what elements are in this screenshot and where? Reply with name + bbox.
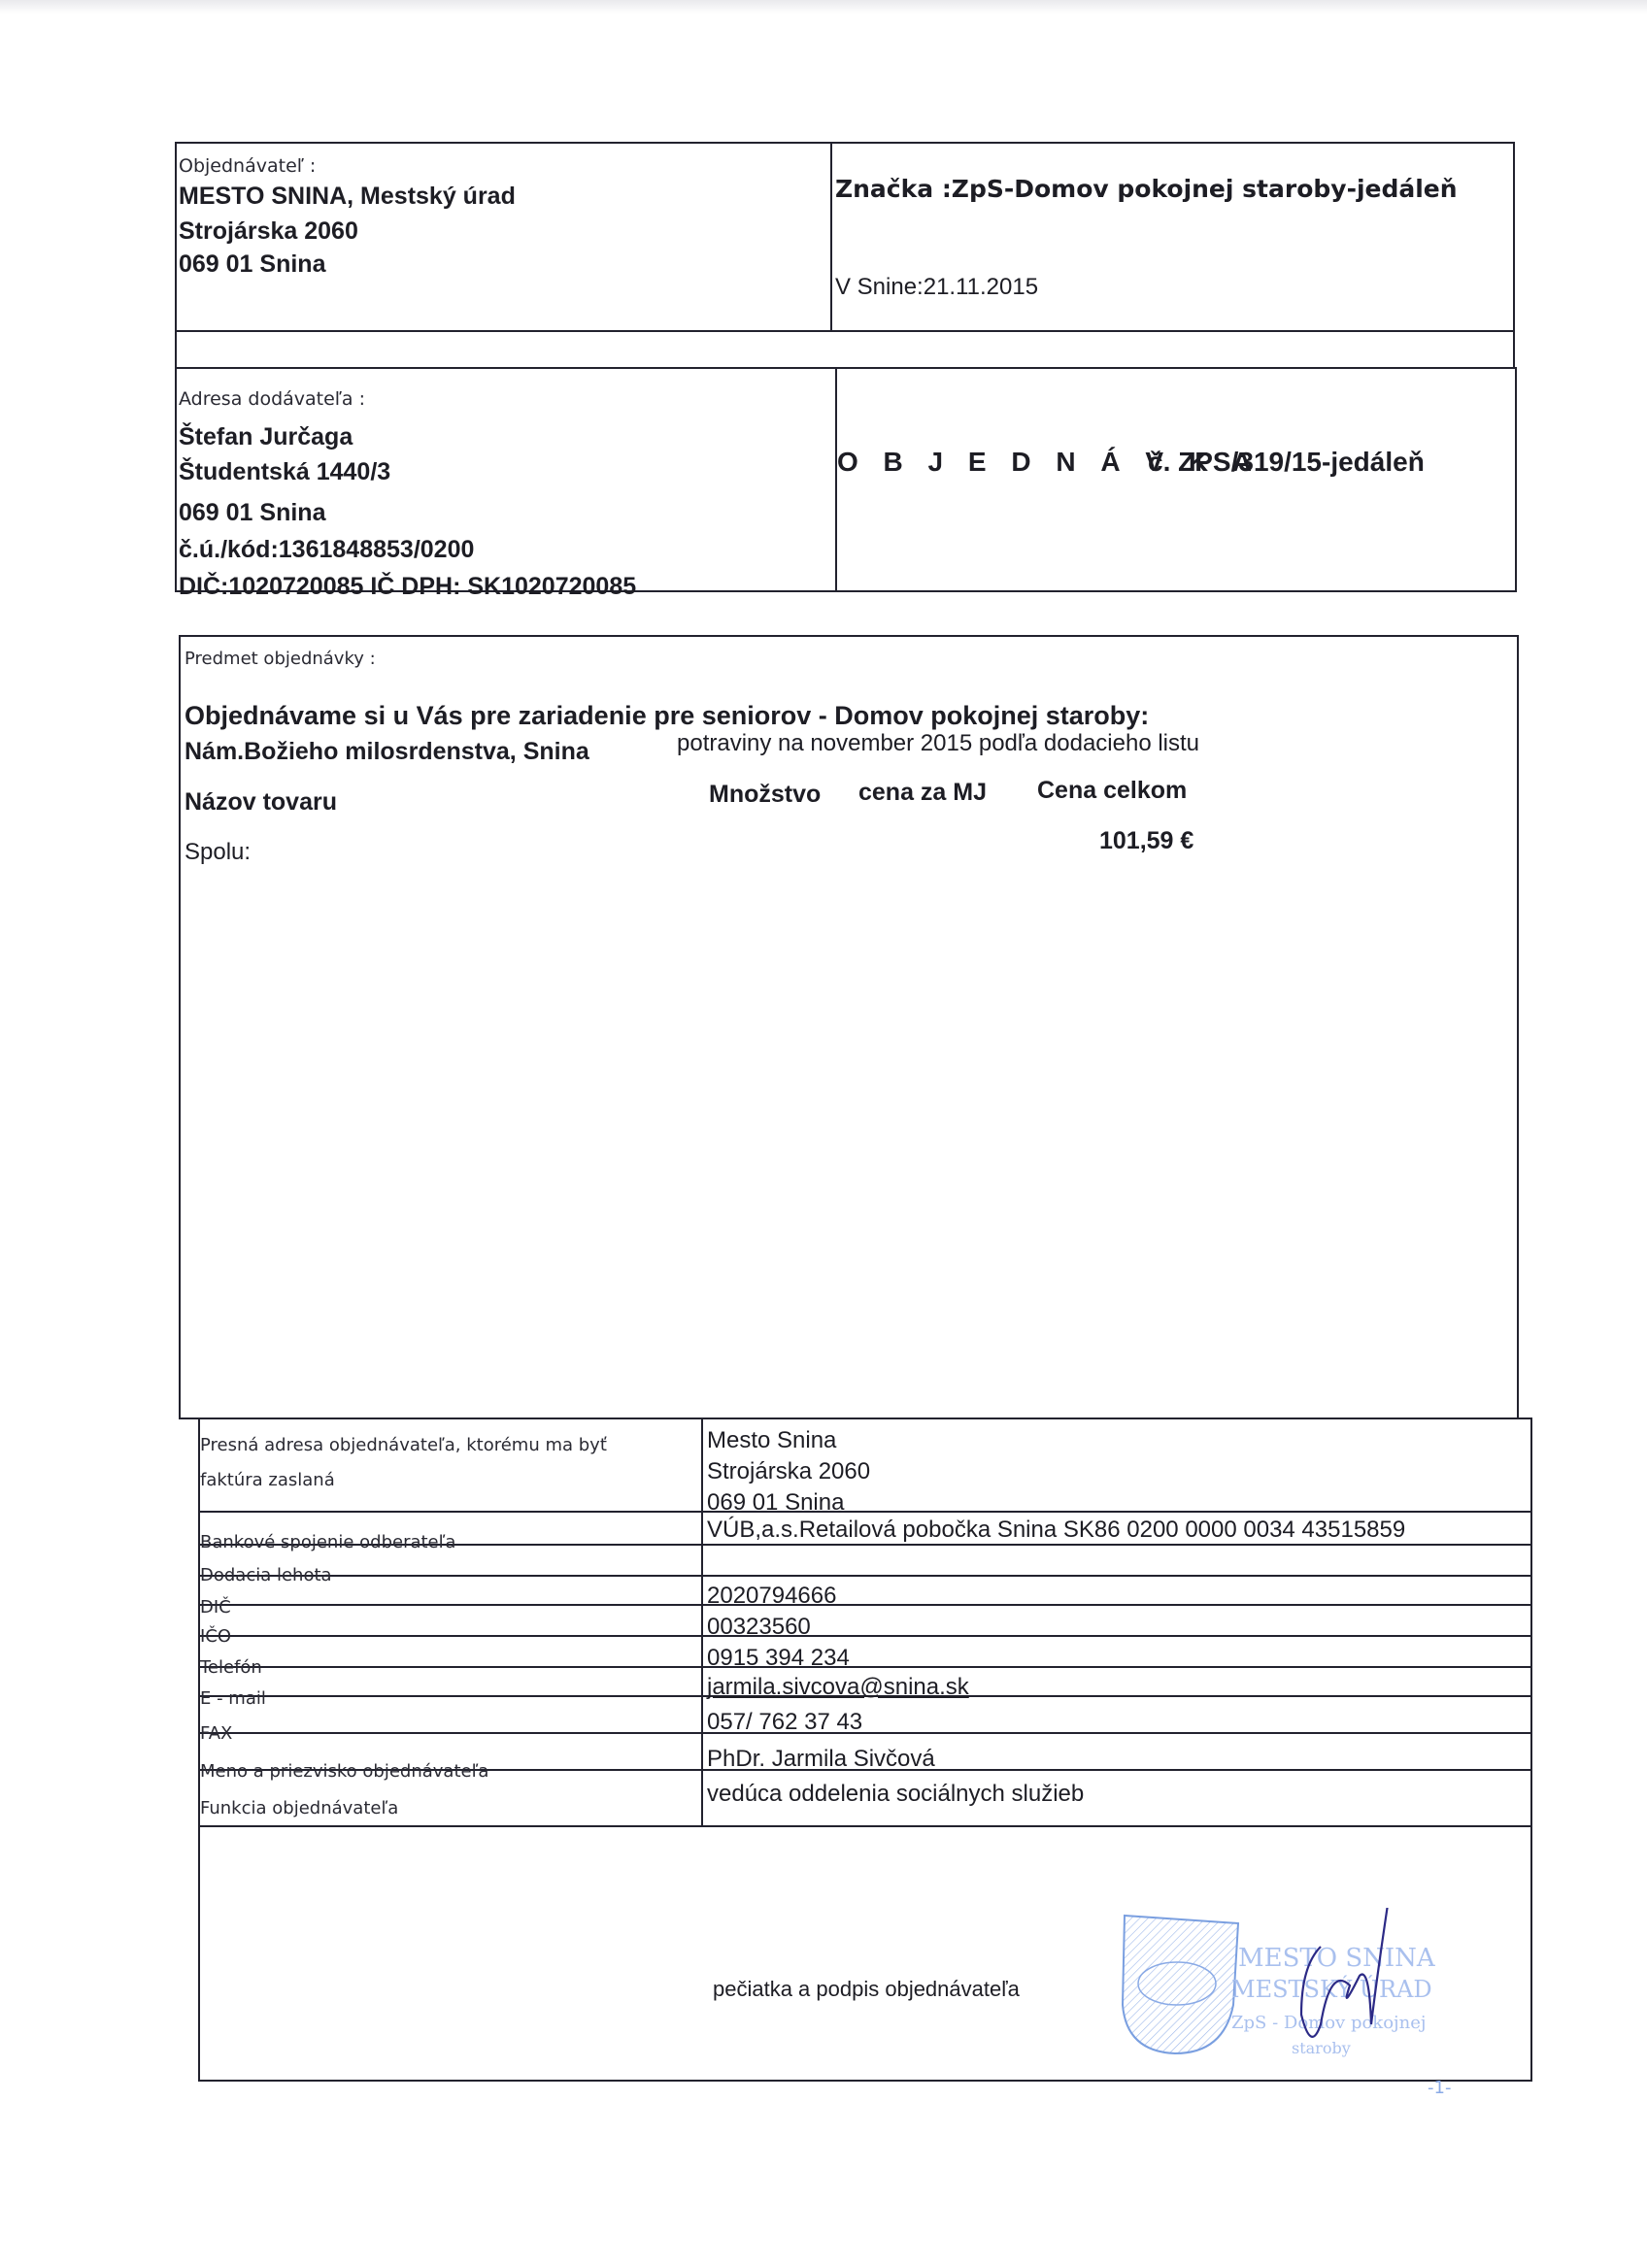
supplier-name: Štefan Jurčaga bbox=[179, 423, 353, 451]
subject-label: Predmet objednávky : bbox=[185, 649, 376, 669]
svg-text:MESTO SNINA: MESTO SNINA bbox=[1238, 1944, 1436, 1973]
supplier-street: Študentská 1440/3 bbox=[179, 458, 390, 486]
page-mark: -1- bbox=[1428, 2078, 1451, 2098]
details-divider bbox=[701, 1417, 703, 1825]
subject-intro: Objednávame si u Vás pre zariadenie pre … bbox=[185, 701, 1149, 731]
row-line bbox=[198, 1732, 1532, 1734]
row-line bbox=[198, 1511, 1532, 1513]
column-total: Cena celkom bbox=[1037, 777, 1187, 805]
sum-label: Spolu: bbox=[185, 839, 251, 866]
stamp: MESTO SNINA MESTSKÝ ÚRAD ZpS - Domov pok… bbox=[1117, 1908, 1486, 2073]
orderer-name: MESTO SNINA, Mestský úrad bbox=[179, 183, 516, 211]
detail-value-invoice-city: 069 01 Snina bbox=[707, 1489, 844, 1517]
column-unit-price: cena za MJ bbox=[858, 779, 987, 807]
detail-value-invoice-street: Strojárska 2060 bbox=[707, 1458, 870, 1485]
detail-label-invoice-address: Presná adresa objednávateľa, ktorému ma … bbox=[200, 1435, 607, 1455]
row-line bbox=[198, 1666, 1532, 1668]
column-item: Názov tovaru bbox=[185, 788, 337, 817]
detail-label-bank: Bankové spojenie odberateľa bbox=[200, 1532, 455, 1552]
row-line bbox=[198, 1635, 1532, 1637]
svg-text:ZpS - Domov pokojnej: ZpS - Domov pokojnej bbox=[1231, 2013, 1426, 2033]
subject-description: potraviny na november 2015 podľa dodacie… bbox=[677, 730, 1199, 757]
supplier-divider bbox=[835, 367, 837, 592]
detail-label-phone: Telefón bbox=[200, 1657, 262, 1678]
detail-label-fax: FAX bbox=[200, 1723, 232, 1744]
detail-label-delivery: Dodacia lehota bbox=[200, 1565, 332, 1585]
header-divider bbox=[830, 142, 832, 332]
orderer-label: Objednávateľ : bbox=[179, 155, 316, 177]
subject-address: Nám.Božieho milosrdenstva, Snina bbox=[185, 738, 589, 766]
signature-label: pečiatka a podpis objednávateľa bbox=[713, 1977, 1020, 2002]
reference-mark: Značka :ZpS-Domov pokojnej staroby-jedál… bbox=[835, 175, 1458, 203]
row-line bbox=[198, 1825, 1532, 1827]
detail-label-function: Funkcia objednávateľa bbox=[200, 1798, 398, 1818]
orderer-street: Strojárska 2060 bbox=[179, 217, 358, 246]
detail-label-email: E - mail bbox=[200, 1688, 266, 1709]
detail-value-email[interactable]: jarmila.sivcova@snina.sk bbox=[707, 1674, 969, 1701]
column-quantity: Množstvo bbox=[709, 781, 821, 809]
detail-label-name: Meno a priezvisko objednávateľa bbox=[200, 1761, 488, 1782]
detail-label-ico: IČO bbox=[200, 1626, 231, 1647]
sum-value: 101,59 € bbox=[1099, 827, 1193, 855]
detail-value-function: vedúca oddelenia sociálnych služieb bbox=[707, 1781, 1084, 1808]
detail-label-dic: DIČ bbox=[200, 1597, 231, 1618]
spacer-row bbox=[175, 330, 1515, 369]
row-line bbox=[198, 1575, 1532, 1577]
scan-edge bbox=[0, 0, 1647, 14]
supplier-label: Adresa dodávateľa : bbox=[179, 388, 365, 410]
supplier-tax-ids: DIČ:1020720085 IČ DPH: SK1020720085 bbox=[179, 573, 636, 601]
detail-value-fax: 057/ 762 37 43 bbox=[707, 1709, 862, 1736]
coat-of-arms-icon: MESTO SNINA MESTSKÝ ÚRAD ZpS - Domov pok… bbox=[1117, 1908, 1486, 2073]
svg-text:staroby: staroby bbox=[1292, 2039, 1351, 2057]
orderer-box bbox=[175, 142, 1515, 332]
detail-value-phone: 0915 394 234 bbox=[707, 1645, 850, 1672]
order-number: č. ZPS/319/15-jedáleň bbox=[1148, 447, 1425, 478]
detail-value-bank: VÚB,a.s.Retailová pobočka Snina SK86 020… bbox=[707, 1517, 1405, 1544]
supplier-account: č.ú./kód:1361848853/0200 bbox=[179, 536, 474, 564]
row-line bbox=[198, 1604, 1532, 1606]
detail-value-dic: 2020794666 bbox=[707, 1583, 836, 1610]
detail-value-ico: 00323560 bbox=[707, 1614, 811, 1641]
detail-value-invoice-name: Mesto Snina bbox=[707, 1427, 836, 1454]
detail-value-name: PhDr. Jarmila Sivčová bbox=[707, 1746, 935, 1773]
place-date: V Snine:21.11.2015 bbox=[835, 274, 1038, 301]
orderer-city: 069 01 Snina bbox=[179, 250, 325, 279]
detail-label-invoice-address-2: faktúra zaslaná bbox=[200, 1470, 335, 1490]
supplier-city: 069 01 Snina bbox=[179, 499, 325, 527]
